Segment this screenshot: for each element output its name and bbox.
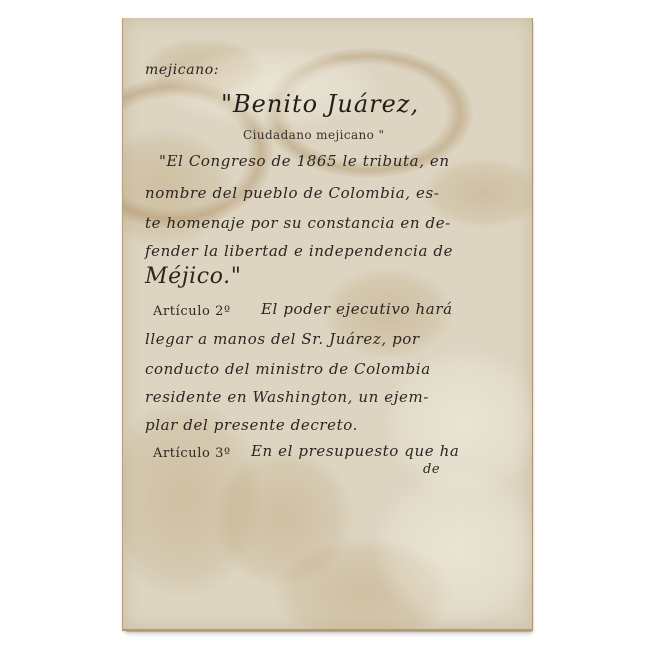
text-line: Méjico.": [145, 264, 242, 289]
light-patch: [373, 468, 533, 628]
text-line: te homenaje por su constancia en de-: [145, 214, 451, 232]
text-line: "El Congreso de 1865 le tributa, en: [159, 152, 450, 170]
text-line: conducto del ministro de Colombia: [145, 360, 431, 378]
text-line: En el presupuesto que ha: [251, 442, 459, 460]
text-line: fender la libertad e independencia de: [145, 242, 453, 260]
text-line: residente en Washington, un ejem-: [145, 388, 429, 406]
honoree-title: Ciudadano mejicano ": [243, 128, 384, 142]
text-line: de: [423, 462, 440, 477]
honoree-name: "Benito Juárez,: [221, 90, 419, 118]
manuscript-page: mejicano: "Benito Juárez, Ciudadano meji…: [122, 18, 533, 631]
text-line: nombre del pueblo de Colombia, es-: [145, 184, 439, 202]
text-line: El poder ejecutivo hará: [261, 300, 453, 318]
text-line: llegar a manos del Sr. Juárez, por: [145, 330, 420, 348]
text-line: mejicano:: [145, 62, 219, 78]
article-label: Artículo 3º: [153, 446, 231, 461]
article-label: Artículo 2º: [153, 304, 231, 319]
text-line: plar del presente decreto.: [145, 416, 358, 434]
